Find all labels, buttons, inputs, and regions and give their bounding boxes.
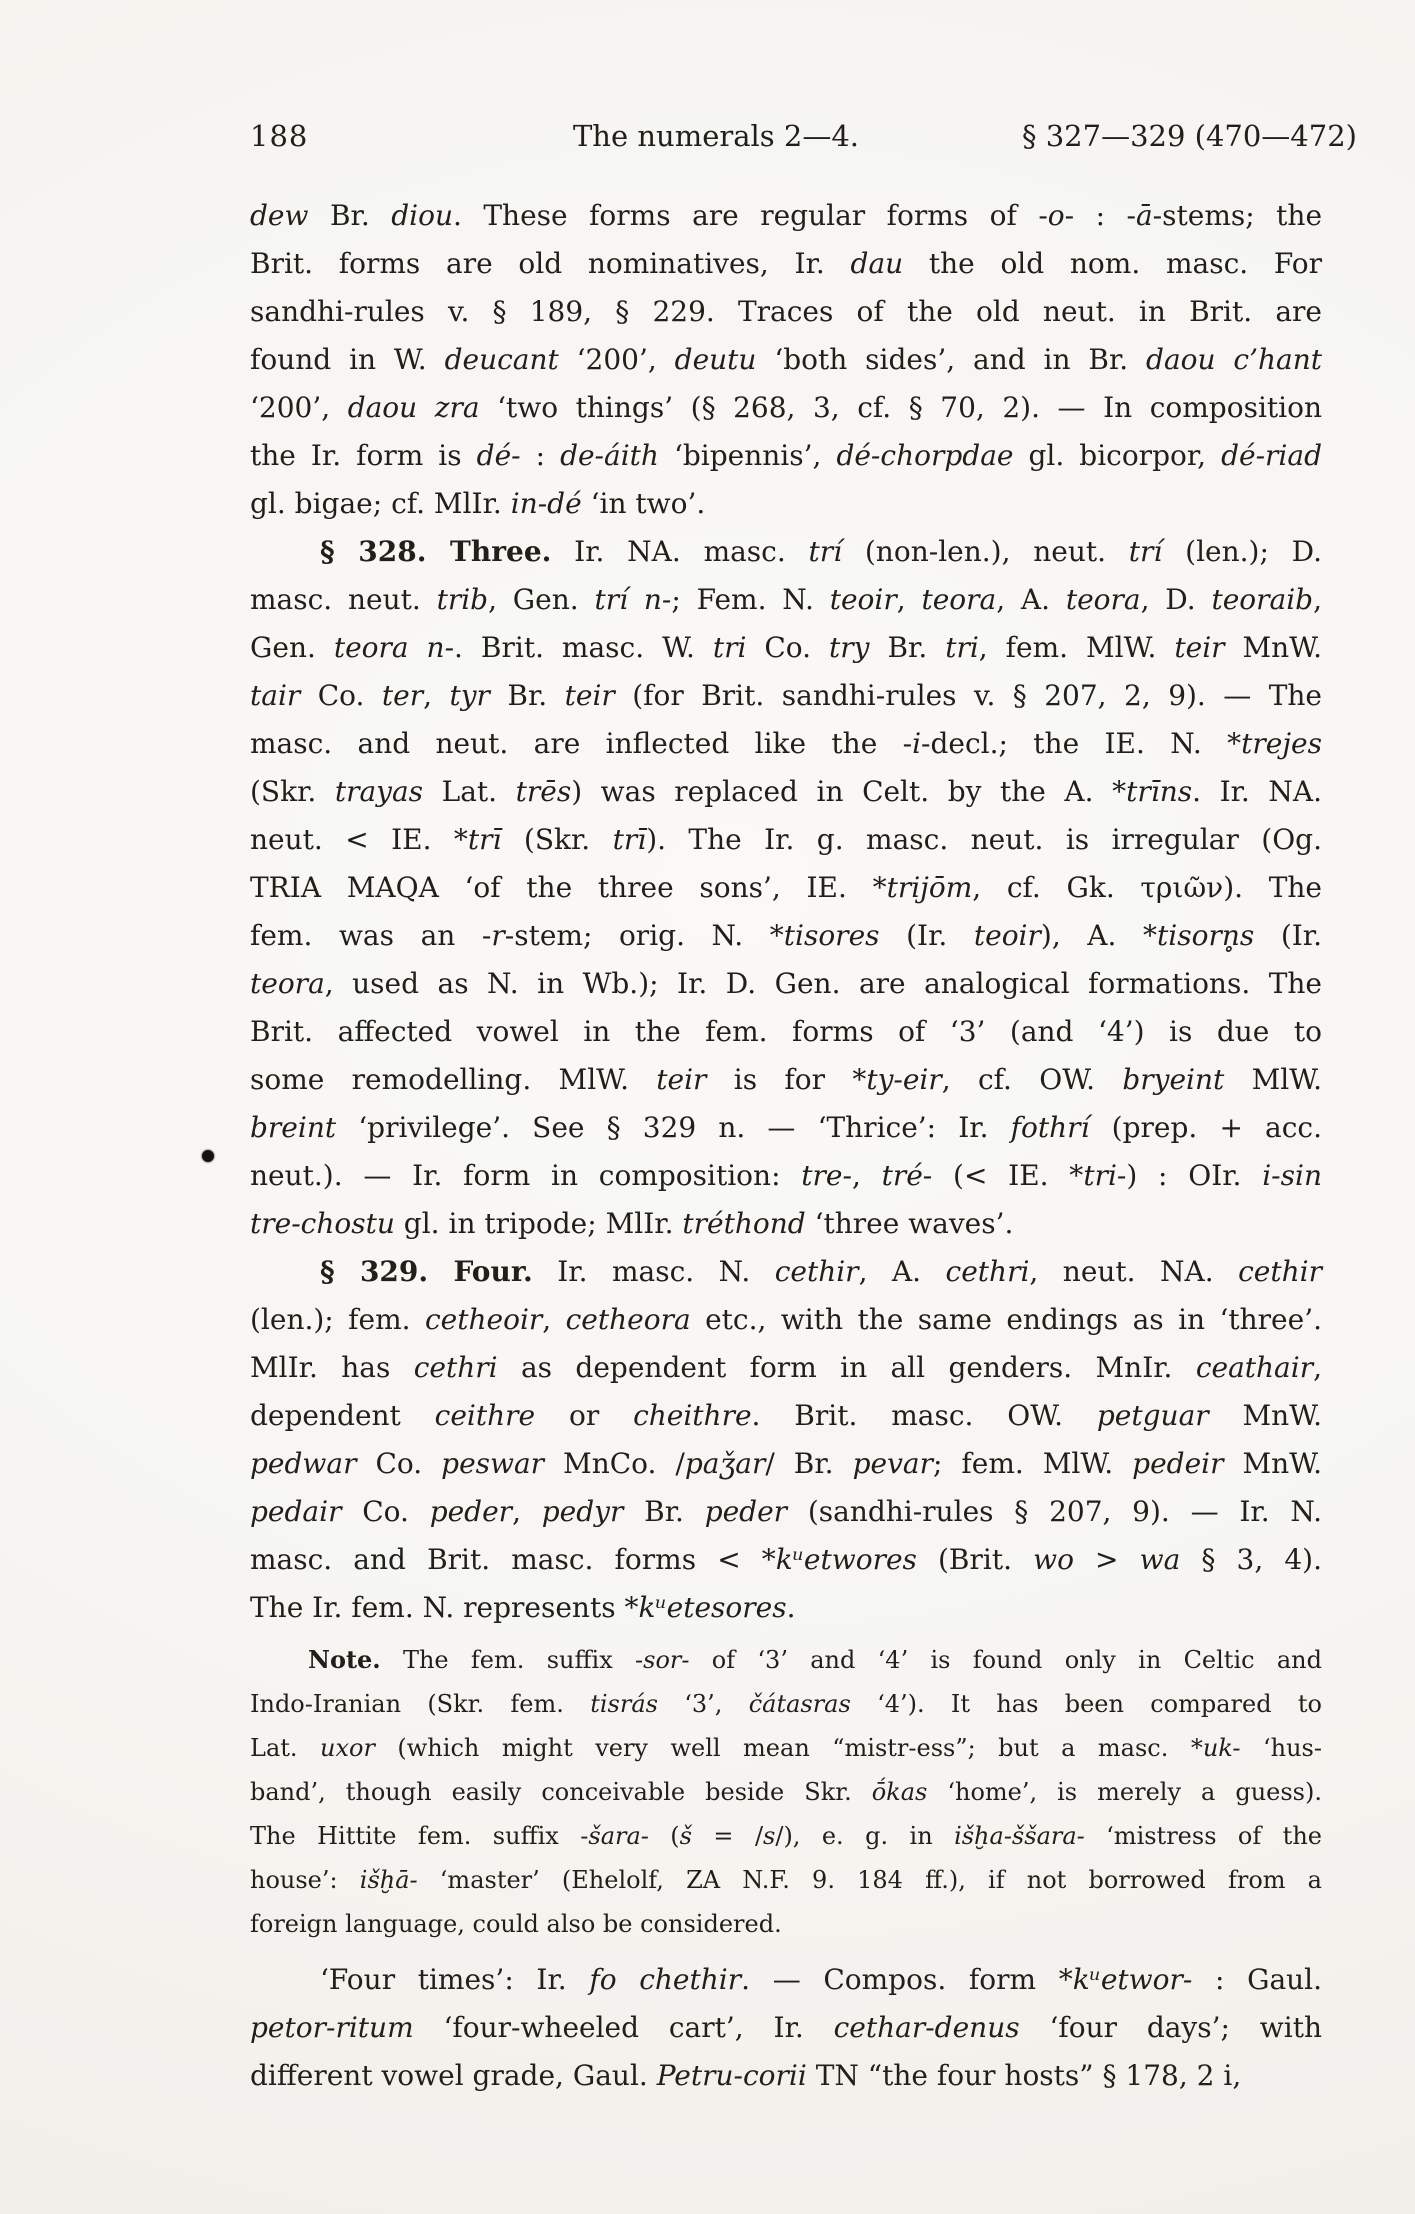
text-line: dew Br. diou. These forms are regular fo…	[250, 192, 1322, 240]
text-line: sandhi-rules v. § 189, § 229. Traces of …	[250, 288, 1322, 336]
text-line: dependent ceithre or cheithre. Brit. mas…	[250, 1392, 1322, 1440]
text-line: masc. neut. trib, Gen. trí n-; Fem. N. t…	[250, 576, 1322, 624]
text-line: Lat. uxor (which might very well mean “m…	[250, 1726, 1322, 1770]
text-line: pedair Co. peder, pedyr Br. peder (sandh…	[250, 1488, 1322, 1536]
margin-dot-artifact	[202, 1150, 214, 1162]
para-four-times: ‘Four times’: Ir. fo chethir. — Compos. …	[250, 1956, 1322, 2100]
text-block: dew Br. diou. These forms are regular fo…	[250, 192, 1322, 2100]
running-title: The numerals 2—4.	[410, 118, 1022, 154]
para-329-four: § 329. Four. Ir. masc. N. cethir, A. cet…	[250, 1248, 1322, 1632]
text-line: tair Co. ter, tyr Br. teir (for Brit. sa…	[250, 672, 1322, 720]
text-line: masc. and neut. are inflected like the -…	[250, 720, 1322, 768]
para-327-continuation: dew Br. diou. These forms are regular fo…	[250, 192, 1322, 528]
text-line: breint ‘privilege’. See § 329 n. — ‘Thri…	[250, 1104, 1322, 1152]
text-line: band’, though easily conceivable beside …	[250, 1770, 1322, 1814]
page-header: 188 The numerals 2—4. § 327—329 (470—472…	[250, 118, 1322, 154]
text-line: pedwar Co. peswar MnCo. /paǯar/ Br. peva…	[250, 1440, 1322, 1488]
text-line: The Ir. fem. N. represents *kᵘetesores.	[250, 1584, 1322, 1632]
text-line: house’: išḫā- ‘master’ (Ehelolf, ZA N.F.…	[250, 1858, 1322, 1902]
text-line: Brit. forms are old nominatives, Ir. dau…	[250, 240, 1322, 288]
text-line: fem. was an -r-stem; orig. N. *tisores (…	[250, 912, 1322, 960]
text-line: Brit. affected vowel in the fem. forms o…	[250, 1008, 1322, 1056]
text-line: masc. and Brit. masc. forms < *kᵘetwores…	[250, 1536, 1322, 1584]
text-line: foreign language, could also be consider…	[250, 1902, 1322, 1946]
text-line: ‘200’, daou zra ‘two things’ (§ 268, 3, …	[250, 384, 1322, 432]
text-line: Gen. teora n-. Brit. masc. W. tri Co. tr…	[250, 624, 1322, 672]
text-line: § 329. Four. Ir. masc. N. cethir, A. cet…	[250, 1248, 1322, 1296]
text-line: Indo-Iranian (Skr. fem. tisrás ‘3’, čáta…	[250, 1682, 1322, 1726]
book-page-scan: 188 The numerals 2—4. § 327—329 (470—472…	[0, 0, 1415, 2214]
text-line: neut.). — Ir. form in composition: tre-,…	[250, 1152, 1322, 1200]
text-line: petor-ritum ‘four-wheeled cart’, Ir. cet…	[250, 2004, 1322, 2052]
text-line: TRIA MAQA ‘of the three sons’, IE. *trij…	[250, 864, 1322, 912]
text-line: teora, used as N. in Wb.); Ir. D. Gen. a…	[250, 960, 1322, 1008]
text-line: some remodelling. MlW. teir is for *ty-e…	[250, 1056, 1322, 1104]
text-line: tre-chostu gl. in tripode; MlIr. tréthon…	[250, 1200, 1322, 1248]
text-line: (Skr. trayas Lat. trēs) was replaced in …	[250, 768, 1322, 816]
section-range: § 327—329 (470—472)	[1022, 118, 1322, 154]
text-line: neut. < IE. *trī (Skr. trī). The Ir. g. …	[250, 816, 1322, 864]
text-line: gl. bigae; cf. MlIr. in-dé ‘in two’.	[250, 480, 1322, 528]
text-line: § 328. Three. Ir. NA. masc. trí (non-len…	[250, 528, 1322, 576]
text-line: The Hittite fem. suffix -šara- (š = /s/)…	[250, 1814, 1322, 1858]
note-paragraph: Note. The fem. suffix -sor- of ‘3’ and ‘…	[250, 1638, 1322, 1946]
text-line: MlIr. has cethri as dependent form in al…	[250, 1344, 1322, 1392]
text-line: Note. The fem. suffix -sor- of ‘3’ and ‘…	[250, 1638, 1322, 1682]
text-line: (len.); fem. cetheoir, cetheora etc., wi…	[250, 1296, 1322, 1344]
para-328-three: § 328. Three. Ir. NA. masc. trí (non-len…	[250, 528, 1322, 1248]
text-line: found in W. deucant ‘200’, deutu ‘both s…	[250, 336, 1322, 384]
page-number: 188	[250, 118, 410, 154]
text-line: different vowel grade, Gaul. Petru-corii…	[250, 2052, 1322, 2100]
text-line: ‘Four times’: Ir. fo chethir. — Compos. …	[250, 1956, 1322, 2004]
text-line: the Ir. form is dé- : de-áith ‘bipennis’…	[250, 432, 1322, 480]
